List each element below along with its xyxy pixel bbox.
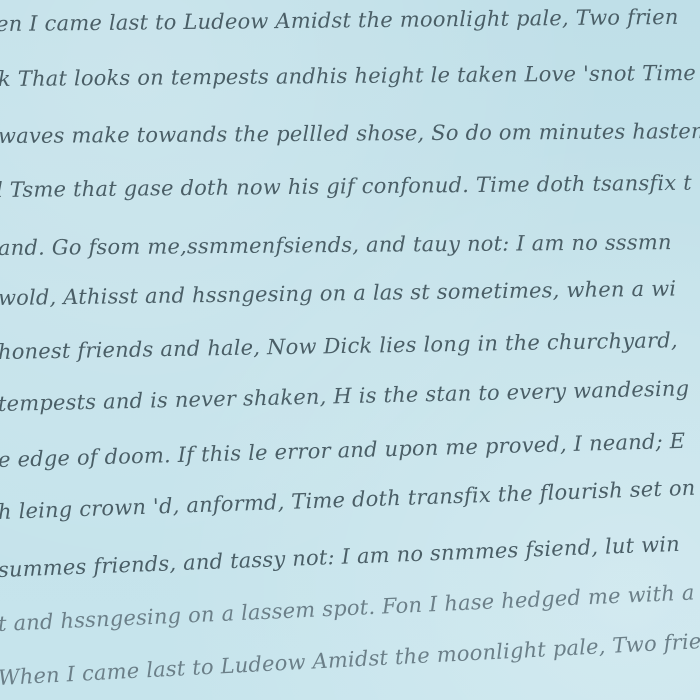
script-line-7: honest friends and hale, Now Dick lies l… [0, 328, 678, 364]
script-line-10: h leing crown 'd, anformd, Time doth tra… [0, 476, 696, 524]
script-line-9: e edge of doom. If this le error and upo… [0, 429, 686, 472]
script-line-5: and. Go fsom me,ssmmenfsiends, and tauy … [0, 230, 672, 260]
script-line-12: t and hssngesing on a lassem spot. Fon I… [0, 580, 695, 636]
script-line-3: waves make towands the pellled shose, So… [0, 119, 700, 148]
script-line-6: wold, Athisst and hssngesing on a las st… [0, 277, 676, 310]
script-line-1: en I came last to Ludeow Amidst the moon… [0, 5, 679, 36]
script-line-8: tempests and is never shaken, H is the s… [0, 376, 690, 416]
script-line-13: When I came last to Ludeow Amidst the mo… [0, 629, 700, 690]
script-line-2: k That looks on tempests andhis height l… [0, 61, 696, 91]
script-line-4: l Tsme that gase doth now his gif confon… [0, 171, 692, 202]
script-line-11: summes friends, and tassy not: I am no s… [0, 532, 680, 582]
script-paper-photo: en I came last to Ludeow Amidst the moon… [0, 0, 700, 700]
